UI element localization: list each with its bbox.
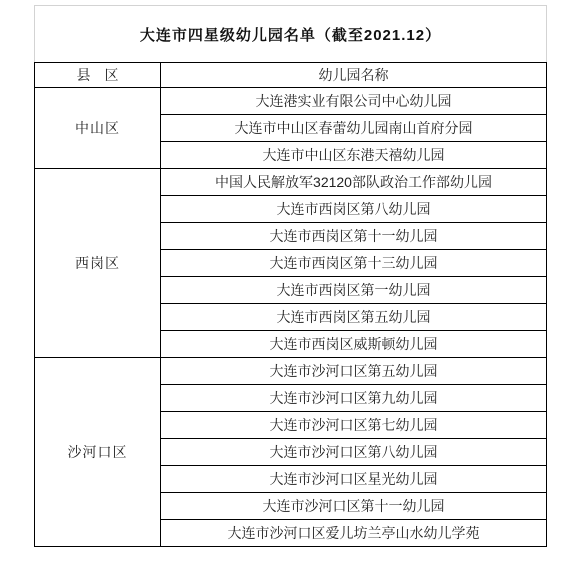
- kindergarten-cell: 大连市沙河口区星光幼儿园: [161, 466, 547, 493]
- kindergarten-cell: 大连市沙河口区第五幼儿园: [161, 358, 547, 385]
- kindergarten-cell: 大连市沙河口区第九幼儿园: [161, 385, 547, 412]
- table-row: 西岗区 中国人民解放军32120部队政治工作部幼儿园: [35, 169, 547, 196]
- page: 大连市四星级幼儿园名单（截至2021.12） 县 区 幼儿园名称 中山区 大连港…: [0, 0, 576, 566]
- kindergarten-cell: 中国人民解放军32120部队政治工作部幼儿园: [161, 169, 547, 196]
- kindergarten-cell: 大连市西岗区第八幼儿园: [161, 196, 547, 223]
- kindergarten-cell: 大连市西岗区第十三幼儿园: [161, 250, 547, 277]
- kindergarten-cell: 大连市中山区东港天禧幼儿园: [161, 142, 547, 169]
- kindergarten-cell: 大连市沙河口区第八幼儿园: [161, 439, 547, 466]
- kindergarten-cell: 大连市中山区春蕾幼儿园南山首府分园: [161, 115, 547, 142]
- kindergarten-cell: 大连港实业有限公司中心幼儿园: [161, 88, 547, 115]
- kindergarten-cell: 大连市西岗区威斯顿幼儿园: [161, 331, 547, 358]
- kindergarten-cell: 大连市西岗区第五幼儿园: [161, 304, 547, 331]
- district-cell-shahekou: 沙河口区: [35, 358, 161, 547]
- title-box: 大连市四星级幼儿园名单（截至2021.12）: [34, 5, 547, 62]
- table-row: 中山区 大连港实业有限公司中心幼儿园: [35, 88, 547, 115]
- kindergarten-cell: 大连市沙河口区第七幼儿园: [161, 412, 547, 439]
- page-title: 大连市四星级幼儿园名单（截至2021.12）: [140, 24, 441, 45]
- kindergarten-cell: 大连市沙河口区第十一幼儿园: [161, 493, 547, 520]
- kindergarten-list-sheet: 大连市四星级幼儿园名单（截至2021.12） 县 区 幼儿园名称 中山区 大连港…: [34, 5, 547, 547]
- kindergarten-cell: 大连市沙河口区爱儿坊兰亭山水幼儿学苑: [161, 520, 547, 547]
- kindergarten-cell: 大连市西岗区第一幼儿园: [161, 277, 547, 304]
- district-cell-xigang: 西岗区: [35, 169, 161, 358]
- header-cell-kindergarten-name: 幼儿园名称: [161, 63, 547, 88]
- kindergarten-cell: 大连市西岗区第十一幼儿园: [161, 223, 547, 250]
- header-cell-district: 县 区: [35, 63, 161, 88]
- kindergarten-table: 县 区 幼儿园名称 中山区 大连港实业有限公司中心幼儿园 大连市中山区春蕾幼儿园…: [34, 62, 547, 547]
- table-row: 沙河口区 大连市沙河口区第五幼儿园: [35, 358, 547, 385]
- district-cell-zhongshan: 中山区: [35, 88, 161, 169]
- table-header-row: 县 区 幼儿园名称: [35, 63, 547, 88]
